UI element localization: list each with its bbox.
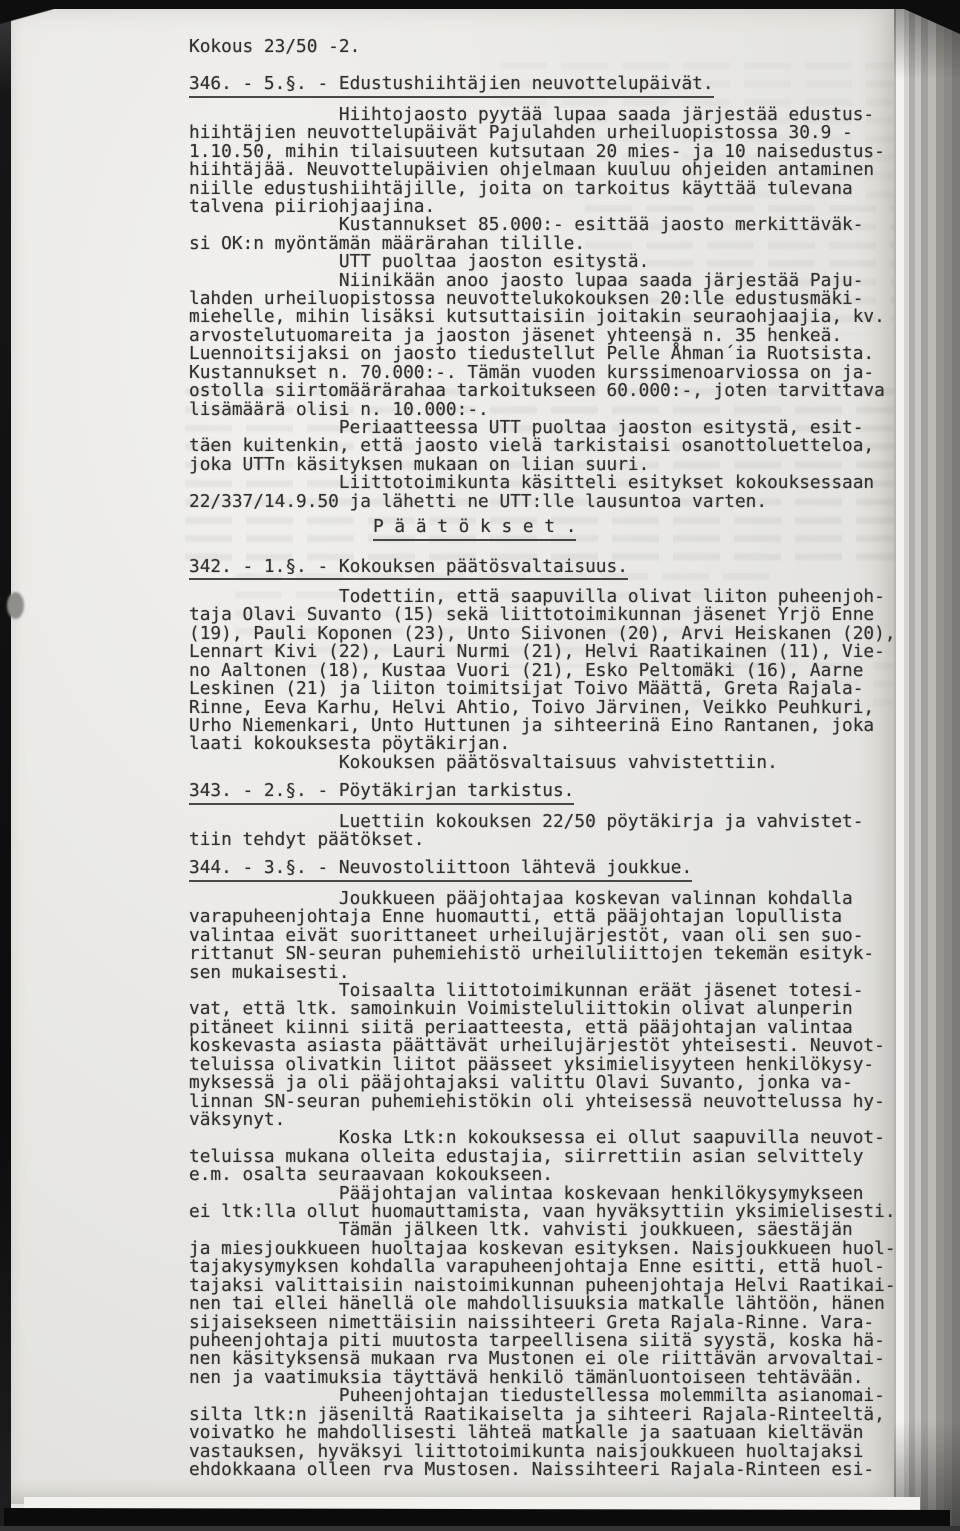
section-heading: 342. - 1.§. - Kokouksen päätösvaltaisuus… — [189, 558, 913, 580]
body-line: e.m. osalta seuraavaan kokoukseen. — [189, 1166, 913, 1184]
body-line: laati kokouksesta pöytäkirjan. — [189, 735, 913, 753]
scan-edge-bottom-strip — [0, 1526, 960, 1531]
body-line: voivatko he mahdollisesti lähteä matkall… — [189, 1424, 913, 1442]
body-line: Puheenjohtajan tiedustellessa molemmilta… — [189, 1387, 913, 1405]
body-line: Liittotoimikunta käsitteli esitykset kok… — [189, 474, 913, 492]
body-line: rittanut SN-seuran puhemiehistö urheilul… — [189, 945, 913, 963]
scan-blemish — [7, 592, 24, 619]
scan-edge-bottom — [4, 1508, 950, 1528]
underlined-heading-text: 344. - 3.§. - Neuvostoliittoon lähtevä j… — [189, 859, 692, 881]
body-line: Kokouksen päätösvaltaisuus vahvistettiin… — [189, 754, 913, 772]
body-line: koskevasta asiasta päättävät urheilujärj… — [189, 1037, 913, 1055]
body-line: varapuheenjohtaja Enne huomautti, että p… — [189, 908, 913, 926]
body-line: Luennoitsijaksi on jaosto tiedustellut P… — [189, 345, 913, 363]
decisions-heading: P ä ä t ö k s e t . — [373, 518, 913, 540]
underlined-heading-text: 346. - 5.§. - Edustushiihtäjien neuvotte… — [189, 75, 714, 97]
underlined-heading-text: P ä ä t ö k s e t . — [373, 518, 576, 540]
underlined-heading-text: 343. - 2.§. - Pöytäkirjan tarkistus. — [189, 782, 574, 804]
section-heading: 343. - 2.§. - Pöytäkirjan tarkistus. — [189, 782, 913, 804]
body-line: 22/337/14.9.50 ja lähetti ne UTT:lle lau… — [189, 493, 913, 511]
page-header-line: Kokous 23/50 -2. — [189, 38, 913, 56]
book-page-edges — [894, 0, 960, 1531]
body-line: UTT puoltaa jaoston esitystä. — [189, 253, 913, 271]
scan-corner-top-left — [0, 9, 54, 24]
document-body: Kokous 23/50 -2. 346. - 5.§. - Edustushi… — [189, 38, 913, 1479]
scan-gutter-shadow — [0, 6, 11, 1531]
body-line: ehdokkaana olleen rva Mustosen. Naissiht… — [189, 1461, 913, 1479]
body-line: hiihtäjien neuvottelupäivät Pajulahden u… — [189, 124, 913, 142]
body-line: linnan SN-seuran puhemiehistökin oli yht… — [189, 1093, 913, 1111]
body-line: tiin tehdyt päätökset. — [189, 831, 913, 849]
body-line: Lennart Kivi (22), Lauri Nurmi (21), Hel… — [189, 643, 913, 661]
section-heading: 344. - 3.§. - Neuvostoliittoon lähtevä j… — [189, 859, 913, 881]
body-line: nen tai ellei hänellä ole mahdollisuuksi… — [189, 1295, 913, 1313]
body-line: tajakysymyksen kohdalla varapuheenjohtaj… — [189, 1258, 913, 1276]
scan-edge-top — [0, 0, 960, 9]
section-heading: 346. - 5.§. - Edustushiihtäjien neuvotte… — [189, 75, 913, 97]
body-line: ostolla siirtomäärärahaa tarkoitukseen 6… — [189, 382, 913, 400]
body-line: hiihtäjää. Neuvottelupäivien ohjelmaan k… — [189, 161, 913, 179]
scanned-page: Kokous 23/50 -2. 346. - 5.§. - Edustushi… — [0, 0, 960, 1531]
body-line: myksessä ja oli pääjohtajaksi valittu Ol… — [189, 1074, 913, 1092]
body-line: Leskinen (21) ja liiton toimitsijat Toiv… — [189, 680, 913, 698]
underlined-heading-text: 342. - 1.§. - Kokouksen päätösvaltaisuus… — [189, 558, 628, 580]
